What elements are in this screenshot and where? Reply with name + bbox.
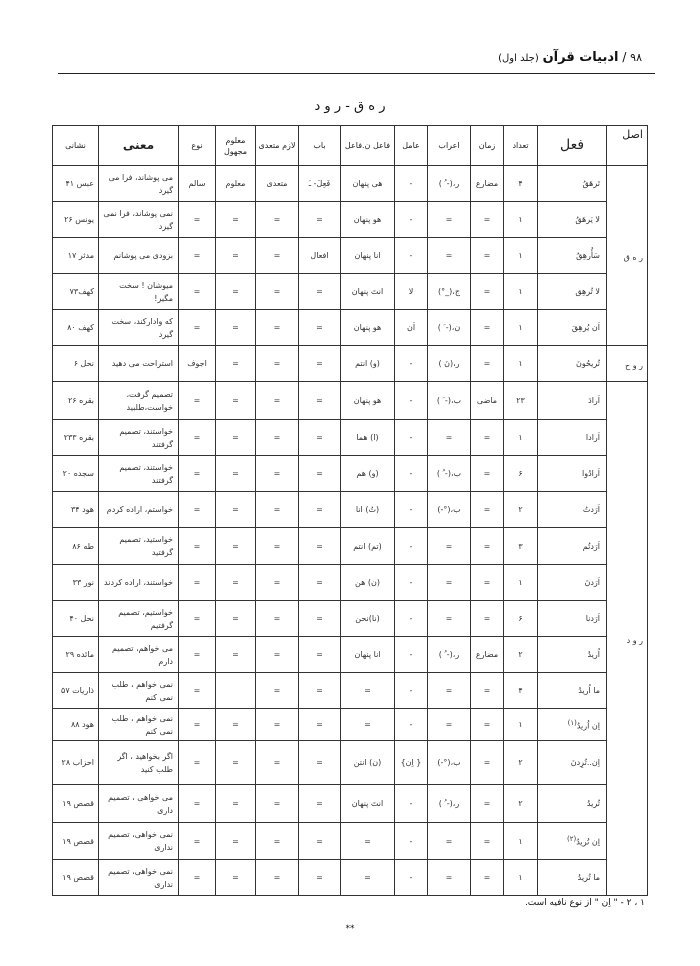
- reference-cell: عبس ۴۱: [53, 166, 99, 202]
- voice-cell: =: [216, 528, 256, 565]
- tense-cell: =: [471, 238, 504, 274]
- verb-text: لا يَرهَقُ: [575, 215, 600, 224]
- reference-cell: قصص ۱۹: [53, 823, 99, 860]
- subject-cell: انتَ پنهان: [341, 274, 395, 310]
- count-cell: ۲۳: [504, 382, 538, 420]
- verb-cell: اَرادُوا: [538, 456, 607, 492]
- reference-cell: بقره ۲۳۳: [53, 420, 99, 456]
- type-cell: =: [179, 310, 216, 346]
- bab-cell: =: [299, 823, 341, 860]
- voice-cell: =: [216, 565, 256, 601]
- table-row: تُريدُ۲=ر،(- ُ )-انتَ پنهان====می خواهی …: [53, 785, 648, 823]
- voice-cell: =: [216, 741, 256, 785]
- table-row: اَرادا۱==-(ا) هما====خواستند، تصمیم گرفت…: [53, 420, 648, 456]
- meaning-cell: نمی خواهی، تصمیم نداری: [99, 823, 179, 860]
- table-row: اِن..تُرِدنَ۲=ب،(°-){ اِن}(ن) انتن====اگ…: [53, 741, 648, 785]
- meaning-cell: اگر بخواهید ، اگر طلب کنید: [99, 741, 179, 785]
- amil-cell: -: [395, 492, 428, 528]
- voice-cell: =: [216, 637, 256, 673]
- table-row: سَأُرهِقُ۱==-انا پنهانافعال===بزودی می پ…: [53, 238, 648, 274]
- meaning-cell: نمی پوشاند، فرا نمی گیرد: [99, 202, 179, 238]
- tense-cell: =: [471, 420, 504, 456]
- verb-cell: سَأُرهِقُ: [538, 238, 607, 274]
- count-cell: ۶: [504, 601, 538, 637]
- amil-cell: لا: [395, 274, 428, 310]
- table-row: ما تُريدُ۱==-=====نمی خواهی، تصمیم نداری…: [53, 860, 648, 896]
- voice-cell: =: [216, 823, 256, 860]
- meaning-cell: میوشان ! سخت مگیر!: [99, 274, 179, 310]
- verb-analysis-table: اصل فعل تعداد زمان اعراب عامل فاعل ن.فاع…: [52, 125, 648, 896]
- meaning-cell: خواستم، اراده کردم: [99, 492, 179, 528]
- verb-text: تُريدُ: [587, 799, 600, 808]
- bab-cell: افعال: [299, 238, 341, 274]
- amil-cell: { اِن}: [395, 741, 428, 785]
- amil-cell: -: [395, 238, 428, 274]
- verb-text: ما تُريدُ: [578, 873, 600, 882]
- running-header: ۹۸ / ادبیات قرآن (جلد اول): [498, 50, 642, 65]
- voice-cell: =: [216, 709, 256, 741]
- type-cell: اجوف: [179, 346, 216, 382]
- verb-text: اِن..تُرِدنَ: [571, 758, 600, 767]
- irab-cell: =: [428, 528, 471, 565]
- tense-cell: ماضی: [471, 382, 504, 420]
- verb-text: اَرَدتُ: [583, 505, 600, 514]
- table-row: اُريدُ۲مضارعر،(- ُ )-انا پنهان====می خوا…: [53, 637, 648, 673]
- tense-cell: =: [471, 456, 504, 492]
- tense-cell: =: [471, 860, 504, 896]
- verb-text: تُريحُونَ: [576, 359, 600, 368]
- transitivity-cell: متعدی: [256, 166, 299, 202]
- bab-cell: =: [299, 637, 341, 673]
- amil-cell: -: [395, 420, 428, 456]
- verb-text: لا تُرهِق: [575, 287, 600, 296]
- amil-cell: -: [395, 202, 428, 238]
- count-cell: ۱: [504, 823, 538, 860]
- reference-cell: سجده ۲۰: [53, 456, 99, 492]
- type-cell: =: [179, 741, 216, 785]
- transitivity-cell: =: [256, 310, 299, 346]
- table-header-row: اصل فعل تعداد زمان اعراب عامل فاعل ن.فاع…: [53, 126, 648, 166]
- bab-cell: =: [299, 565, 341, 601]
- table-row: اَن يُرهِقَ۱=ن،(- َ )اَنهو پنهان====که و…: [53, 310, 648, 346]
- count-cell: ۲: [504, 741, 538, 785]
- count-cell: ۱: [504, 238, 538, 274]
- col-header-count: تعداد: [504, 126, 538, 166]
- count-cell: ۱: [504, 420, 538, 456]
- tense-cell: =: [471, 823, 504, 860]
- verb-cell: اَرَدتُم: [538, 528, 607, 565]
- tense-cell: مضارع: [471, 166, 504, 202]
- meaning-cell: خواستید، تصمیم گرفتید: [99, 528, 179, 565]
- transitivity-cell: =: [256, 709, 299, 741]
- voice-cell: =: [216, 274, 256, 310]
- irab-cell: ج،(_°): [428, 274, 471, 310]
- verb-cell: اَرَدنا: [538, 601, 607, 637]
- footnote-marker: (۲): [567, 835, 576, 843]
- col-header-reference: نشانی: [53, 126, 99, 166]
- type-cell: =: [179, 601, 216, 637]
- count-cell: ۱: [504, 310, 538, 346]
- irab-cell: ر،(- ُ ): [428, 785, 471, 823]
- type-cell: =: [179, 202, 216, 238]
- meaning-cell: بزودی می پوشانم: [99, 238, 179, 274]
- transitivity-cell: =: [256, 823, 299, 860]
- count-cell: ۲: [504, 492, 538, 528]
- irab-cell: ب،(°-): [428, 492, 471, 528]
- subject-cell: (ن) هن: [341, 565, 395, 601]
- tense-cell: =: [471, 709, 504, 741]
- reference-cell: مائده ۲۹: [53, 637, 99, 673]
- meaning-cell: می خواهی ، تصمیم داری: [99, 785, 179, 823]
- tense-cell: مضارع: [471, 637, 504, 673]
- amil-cell: -: [395, 382, 428, 420]
- bab-cell: =: [299, 601, 341, 637]
- amil-cell: -: [395, 637, 428, 673]
- verb-text: اَرادُوا: [582, 469, 600, 478]
- voice-cell: =: [216, 860, 256, 896]
- verb-cell: لا تُرهِق: [538, 274, 607, 310]
- irab-cell: =: [428, 860, 471, 896]
- irab-cell: ب،(- ُ ): [428, 456, 471, 492]
- verb-text: تَرهَقُ: [582, 179, 600, 188]
- count-cell: ۲: [504, 637, 538, 673]
- reference-cell: ذاریات ۵۷: [53, 673, 99, 709]
- voice-cell: =: [216, 601, 256, 637]
- voice-cell: =: [216, 202, 256, 238]
- reference-cell: هود ۸۸: [53, 709, 99, 741]
- verb-text: اَن يُرهِقَ: [572, 323, 600, 332]
- amil-cell: -: [395, 785, 428, 823]
- col-header-amil: عامل: [395, 126, 428, 166]
- type-cell: =: [179, 274, 216, 310]
- verb-cell: اِن تُريدُ(۲): [538, 823, 607, 860]
- tense-cell: =: [471, 673, 504, 709]
- verb-cell: اَرادا: [538, 420, 607, 456]
- subject-cell: =: [341, 860, 395, 896]
- tense-cell: =: [471, 492, 504, 528]
- subject-cell: (و) هم: [341, 456, 395, 492]
- irab-cell: ر،(نَ ): [428, 346, 471, 382]
- root-cell: ر ه ق: [607, 166, 648, 346]
- col-header-irab: اعراب: [428, 126, 471, 166]
- transitivity-cell: =: [256, 637, 299, 673]
- count-cell: ۲: [504, 785, 538, 823]
- subject-cell: =: [341, 673, 395, 709]
- voice-cell: =: [216, 456, 256, 492]
- type-cell: =: [179, 420, 216, 456]
- table-row: اَرادُوا۶=ب،(- ُ )-(و) هم====خواستند، تص…: [53, 456, 648, 492]
- table-row: اَرَدتُم۳==-(تم) انتم====خواستید، تصمیم …: [53, 528, 648, 565]
- verb-text: اَرادَ: [588, 396, 600, 405]
- section-title: ر ه ق - ر و د: [0, 99, 700, 114]
- table-row: اِن تُريدُ(۲)۱==-=====نمی خواهی، تصمیم ن…: [53, 823, 648, 860]
- tense-cell: =: [471, 565, 504, 601]
- transitivity-cell: =: [256, 420, 299, 456]
- voice-cell: =: [216, 420, 256, 456]
- tense-cell: =: [471, 741, 504, 785]
- col-header-tense: زمان: [471, 126, 504, 166]
- transitivity-cell: =: [256, 202, 299, 238]
- voice-cell: =: [216, 310, 256, 346]
- tense-cell: =: [471, 528, 504, 565]
- table-row: اَرَدنا۶==-(نا)نحن====خواستیم، تصمیم گرف…: [53, 601, 648, 637]
- amil-cell: -: [395, 673, 428, 709]
- col-header-meaning: معنی: [99, 126, 179, 166]
- reference-cell: کهف ۸۰: [53, 310, 99, 346]
- transitivity-cell: =: [256, 238, 299, 274]
- tense-cell: =: [471, 310, 504, 346]
- transitivity-cell: =: [256, 785, 299, 823]
- irab-cell: =: [428, 238, 471, 274]
- reference-cell: بقره ۲۶: [53, 382, 99, 420]
- root-cell: ر و د: [607, 382, 648, 896]
- bab-cell: فَعِلَ- ـَ: [299, 166, 341, 202]
- table-body: ر ه قتَرهَقُ۴مضارعر،(- ُ )-هی پنهانفَعِل…: [53, 166, 648, 896]
- verb-text: اُريدُ: [587, 650, 600, 659]
- subject-cell: (ن) انتن: [341, 741, 395, 785]
- col-header-root: اصل: [607, 126, 648, 166]
- count-cell: ۱: [504, 709, 538, 741]
- table-row: اَرَدتُ۲=ب،(°-)-(تُ) انا====خواستم، اراد…: [53, 492, 648, 528]
- count-cell: ۶: [504, 456, 538, 492]
- col-header-type: نوع: [179, 126, 216, 166]
- type-cell: =: [179, 785, 216, 823]
- reference-cell: مدثر ۱۷: [53, 238, 99, 274]
- tense-cell: =: [471, 346, 504, 382]
- bab-cell: =: [299, 709, 341, 741]
- transitivity-cell: =: [256, 860, 299, 896]
- reference-cell: هود ۳۴: [53, 492, 99, 528]
- bab-cell: =: [299, 673, 341, 709]
- table-row: ر و داَرادَ۲۳ماضیب،(- َ )-هو پنهان====تص…: [53, 382, 648, 420]
- count-cell: ۱: [504, 346, 538, 382]
- amil-cell: -: [395, 860, 428, 896]
- irab-cell: ر،(- ُ ): [428, 166, 471, 202]
- table-row: اَرَدنَ۱==-(ن) هن====خواستند، اراده کردن…: [53, 565, 648, 601]
- table-row: ر و حتُريحُونَ۱=ر،(نَ )-(و) انتم===اجوفا…: [53, 346, 648, 382]
- irab-cell: ب،(- َ ): [428, 382, 471, 420]
- bab-cell: =: [299, 860, 341, 896]
- amil-cell: -: [395, 601, 428, 637]
- type-cell: =: [179, 528, 216, 565]
- bab-cell: =: [299, 382, 341, 420]
- bab-cell: =: [299, 202, 341, 238]
- bab-cell: =: [299, 420, 341, 456]
- bab-cell: =: [299, 274, 341, 310]
- reference-cell: طه ۸۶: [53, 528, 99, 565]
- irab-cell: =: [428, 709, 471, 741]
- meaning-cell: می پوشاند، فرا می گیرد: [99, 166, 179, 202]
- book-title: ادبیات قرآن: [543, 50, 619, 65]
- count-cell: ۱: [504, 202, 538, 238]
- count-cell: ۱: [504, 860, 538, 896]
- meaning-cell: می خواهم، تصمیم دارم: [99, 637, 179, 673]
- type-cell: =: [179, 637, 216, 673]
- transitivity-cell: =: [256, 492, 299, 528]
- subject-cell: انا پنهان: [341, 637, 395, 673]
- subject-cell: (و) انتم: [341, 346, 395, 382]
- verb-text: اَرَدتُم: [583, 542, 600, 551]
- footnote: ۱ ، ۲ - " اِن " از نوع نافیه است.: [525, 898, 645, 908]
- meaning-cell: استراحت می دهید: [99, 346, 179, 382]
- meaning-cell: خواستند، اراده کردند: [99, 565, 179, 601]
- subject-cell: (تُ) انا: [341, 492, 395, 528]
- verb-text: اَرَدنا: [586, 614, 600, 623]
- verb-cell: اَرَدتُ: [538, 492, 607, 528]
- subject-cell: (تم) انتم: [341, 528, 395, 565]
- subject-cell: هی پنهان: [341, 166, 395, 202]
- irab-cell: =: [428, 202, 471, 238]
- amil-cell: اَن: [395, 310, 428, 346]
- page-number: ۹۸: [630, 51, 642, 64]
- tense-cell: =: [471, 202, 504, 238]
- verb-cell: اَرَدنَ: [538, 565, 607, 601]
- verb-cell: اَرادَ: [538, 382, 607, 420]
- header-rule: [58, 73, 655, 74]
- bab-cell: =: [299, 528, 341, 565]
- subject-cell: (نا)نحن: [341, 601, 395, 637]
- subject-cell: =: [341, 709, 395, 741]
- reference-cell: قصص ۱۹: [53, 860, 99, 896]
- reference-cell: احزاب ۲۸: [53, 741, 99, 785]
- type-cell: =: [179, 860, 216, 896]
- amil-cell: -: [395, 528, 428, 565]
- reference-cell: نور ۳۳: [53, 565, 99, 601]
- tense-cell: =: [471, 601, 504, 637]
- voice-cell: =: [216, 492, 256, 528]
- reference-cell: کهف۷۳: [53, 274, 99, 310]
- bab-cell: =: [299, 346, 341, 382]
- amil-cell: -: [395, 456, 428, 492]
- table-row: ر ه قتَرهَقُ۴مضارعر،(- ُ )-هی پنهانفَعِل…: [53, 166, 648, 202]
- irab-cell: ن،(- َ ): [428, 310, 471, 346]
- transitivity-cell: =: [256, 274, 299, 310]
- bab-cell: =: [299, 741, 341, 785]
- bab-cell: =: [299, 456, 341, 492]
- type-cell: =: [179, 382, 216, 420]
- verb-text: اِن اُريدُ: [577, 721, 600, 730]
- amil-cell: -: [395, 823, 428, 860]
- irab-cell: =: [428, 565, 471, 601]
- voice-cell: =: [216, 238, 256, 274]
- verb-text: اِن تُريدُ: [576, 838, 600, 847]
- volume-label: (جلد اول): [498, 53, 539, 64]
- reference-cell: نحل ۴۰: [53, 601, 99, 637]
- transitivity-cell: =: [256, 528, 299, 565]
- bab-cell: =: [299, 785, 341, 823]
- amil-cell: -: [395, 166, 428, 202]
- verb-cell: ما تُريدُ: [538, 860, 607, 896]
- verb-cell: تَرهَقُ: [538, 166, 607, 202]
- meaning-cell: نمی خواهم ، طلب نمی کنم: [99, 709, 179, 741]
- transitivity-cell: =: [256, 382, 299, 420]
- irab-cell: ب،(°-): [428, 741, 471, 785]
- type-cell: =: [179, 565, 216, 601]
- subject-cell: (ا) هما: [341, 420, 395, 456]
- amil-cell: -: [395, 346, 428, 382]
- table-row: ما اُريدُ۴==-====نمی خواهم ، طلب نمی کنم…: [53, 673, 648, 709]
- verb-cell: اُريدُ: [538, 637, 607, 673]
- tense-cell: =: [471, 785, 504, 823]
- transitivity-cell: =: [256, 456, 299, 492]
- type-cell: =: [179, 709, 216, 741]
- bab-cell: =: [299, 310, 341, 346]
- voice-cell: معلوم: [216, 166, 256, 202]
- type-cell: =: [179, 492, 216, 528]
- irab-cell: =: [428, 420, 471, 456]
- count-cell: ۱: [504, 565, 538, 601]
- reference-cell: قصص ۱۹: [53, 785, 99, 823]
- reference-cell: یونس ۲۶: [53, 202, 99, 238]
- col-header-verb: فعل: [538, 126, 607, 166]
- subject-cell: هو پنهان: [341, 382, 395, 420]
- type-cell: سالم: [179, 166, 216, 202]
- verb-text: سَأُرهِقُ: [576, 251, 600, 260]
- table-row: لا تُرهِق۱=ج،(_°)لاانتَ پنهان====میوشان …: [53, 274, 648, 310]
- voice-cell: =: [216, 382, 256, 420]
- verb-cell: تُريحُونَ: [538, 346, 607, 382]
- irab-cell: =: [428, 673, 471, 709]
- transitivity-cell: =: [256, 601, 299, 637]
- table-row: اِن اُريدُ(۱)۱==-=====نمی خواهم ، طلب نم…: [53, 709, 648, 741]
- verb-cell: اِن اُريدُ(۱): [538, 709, 607, 741]
- verb-cell: ما اُريدُ: [538, 673, 607, 709]
- tense-cell: =: [471, 274, 504, 310]
- irab-cell: =: [428, 601, 471, 637]
- table-row: لا يَرهَقُ۱==-هو پنهان====نمی پوشاند، فر…: [53, 202, 648, 238]
- count-cell: ۳: [504, 528, 538, 565]
- col-header-subject: فاعل ن.فاعل: [341, 126, 395, 166]
- meaning-cell: خواستند، تصمیم گرفتند: [99, 420, 179, 456]
- irab-cell: ر،(- ُ ): [428, 637, 471, 673]
- subject-cell: انا پنهان: [341, 238, 395, 274]
- voice-cell: [216, 673, 256, 709]
- subject-cell: هو پنهان: [341, 202, 395, 238]
- col-header-bab: باب: [299, 126, 341, 166]
- meaning-cell: نمی خواهم ، طلب نمی کنم: [99, 673, 179, 709]
- meaning-cell: که وادارکند، سخت گیرد: [99, 310, 179, 346]
- meaning-cell: تصمیم گرفت، خواست،طلبید: [99, 382, 179, 420]
- voice-cell: =: [216, 346, 256, 382]
- type-cell: =: [179, 673, 216, 709]
- verb-cell: تُريدُ: [538, 785, 607, 823]
- bab-cell: =: [299, 492, 341, 528]
- meaning-cell: خواستیم، تصمیم گرفتیم: [99, 601, 179, 637]
- transitivity-cell: =: [256, 741, 299, 785]
- count-cell: ۱: [504, 274, 538, 310]
- amil-cell: -: [395, 709, 428, 741]
- amil-cell: -: [395, 565, 428, 601]
- subject-cell: انتَ پنهان: [341, 785, 395, 823]
- count-cell: ۴: [504, 166, 538, 202]
- type-cell: =: [179, 238, 216, 274]
- verb-text: ما اُريدُ: [578, 686, 600, 695]
- verb-cell: اَن يُرهِقَ: [538, 310, 607, 346]
- verb-cell: لا يَرهَقُ: [538, 202, 607, 238]
- subject-cell: هو پنهان: [341, 310, 395, 346]
- page-mark: **: [0, 924, 700, 934]
- reference-cell: نحل ۶: [53, 346, 99, 382]
- root-cell: ر و ح: [607, 346, 648, 382]
- count-cell: ۴: [504, 673, 538, 709]
- verb-text: اَرَدنَ: [584, 578, 600, 587]
- verb-text: اَرادا: [586, 433, 600, 442]
- meaning-cell: خواستند، تصمیم گرفتند: [99, 456, 179, 492]
- footnote-marker: (۱): [568, 719, 577, 727]
- type-cell: =: [179, 456, 216, 492]
- transitivity-cell: =: [256, 673, 299, 709]
- transitivity-cell: =: [256, 346, 299, 382]
